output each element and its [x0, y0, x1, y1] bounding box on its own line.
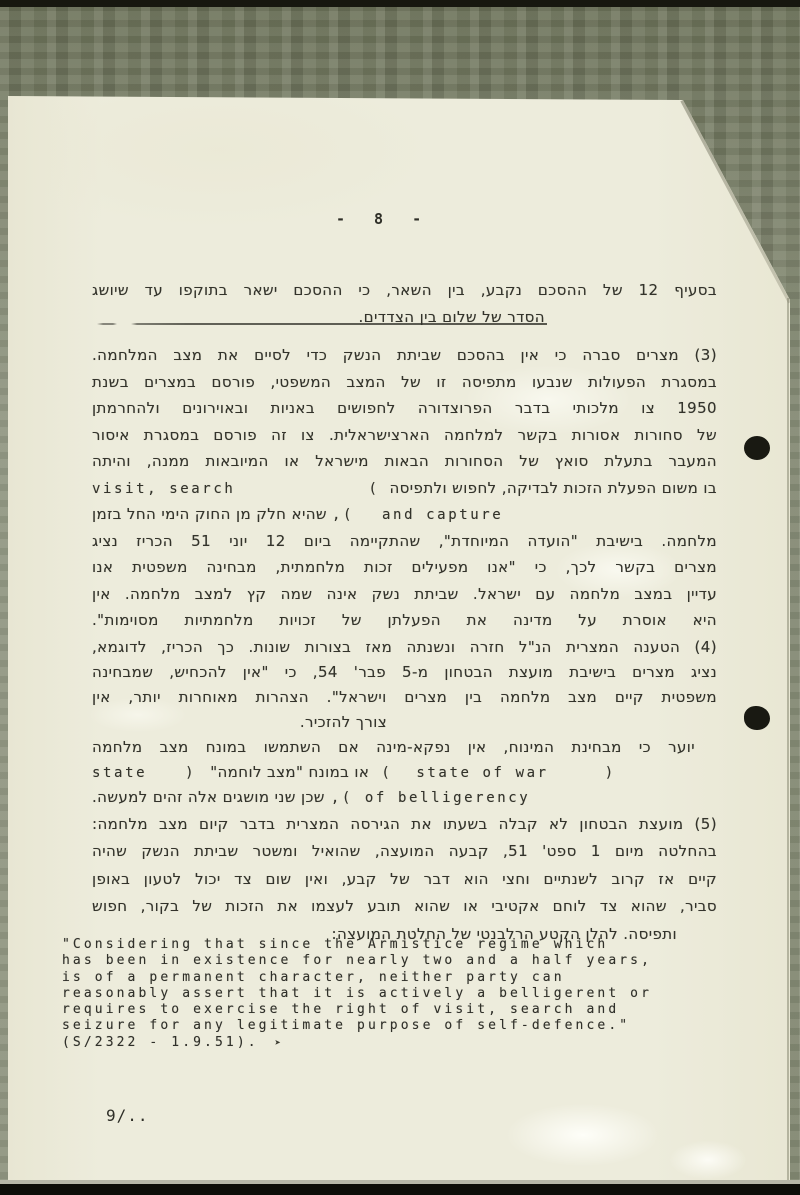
english-phrase-visit-search: visit, search [92, 476, 235, 503]
paren-mark: ) [605, 761, 616, 786]
quote-line: reasonably assert that it is actively a … [62, 986, 717, 1002]
page-continuation-mark: 9/.. [92, 1106, 717, 1125]
scan-bottom-strip [0, 1184, 800, 1195]
quote-line: has been in existence for nearly two and… [62, 953, 717, 969]
paren-comma-mark: ,( [332, 502, 354, 529]
hebrew-text-line: היא אוסרת על מדינה את הפעלתן של זכויות מ… [92, 607, 717, 634]
paragraph-5: (5) מועצת הבטחון לא קבלה בשעתו את הגירסה… [92, 811, 717, 949]
paper-right-edge [787, 298, 789, 1184]
hebrew-text-line: סביר, שהוא צד לוחם אקטיבי או שהוא תובע ל… [92, 893, 717, 921]
hebrew-text-line: 1950 צו מלכותי בדבר הפרוצדורה לחפושים בא… [92, 395, 717, 422]
hebrew-text-line: משפטית קיים מצב מלחמה בין מצרים וישראל".… [92, 685, 717, 710]
document-reference: (S/2322 - 1.9.51). [62, 1035, 259, 1050]
english-phrase-state-of-war: state of war [416, 761, 548, 786]
quote-line: seizure for any legitimate purpose of se… [62, 1018, 717, 1034]
scan-top-strip [0, 0, 800, 7]
paragraph-intro: בסעיף 12 של ההסכם נקבע, בין השאר, כי ההס… [92, 277, 717, 331]
hebrew-short-line: צורך להזכיר. [92, 710, 717, 735]
hebrew-text-line: (4) הטענה המצרית הנ"ל חזרה ונשנתה מאז בצ… [92, 635, 717, 660]
mixed-language-line: state ) או במונח "מצב לוחמה" ( state of … [92, 760, 717, 785]
hebrew-text-line: קיים אז קרוב לשנתיים וחצי הוא דבר של קבע… [92, 866, 717, 894]
hebrew-text-line: יוער כי מבחינת המינוח, אין נפקא-מינה אם … [92, 735, 717, 760]
hebrew-text-line: בסעיף 12 של ההסכם נקבע, בין השאר, כי ההס… [92, 277, 717, 304]
quote-line: requires to exercise the right of visit,… [62, 1002, 717, 1018]
paren-mark: ( [381, 761, 392, 786]
english-phrase-state: state [92, 761, 147, 786]
paren-mark: ) [185, 761, 196, 786]
mixed-language-line: שהיא חלק מן החוק הימי החל בזמן ,( and ca… [92, 501, 717, 528]
paragraph-4: (4) הטענה המצרית הנ"ל חזרה ונשנתה מאז בצ… [92, 635, 717, 810]
hebrew-text-line: המעבר בתעלת סואץ של הסחורות הבאות מישראל… [92, 448, 717, 475]
hole-punch-dot-top [744, 436, 770, 460]
mixed-language-line: שכן שני מושגים אלה זהים למעשה. ,( of bel… [92, 785, 717, 810]
hebrew-segment: בו משום הפעלת הזכות לבדיקה, לחפוש ולתפיס… [389, 475, 717, 502]
hebrew-segment: שהיא חלק מן החוק הימי החל בזמן [92, 501, 327, 528]
hebrew-text-line: מלחמה. בישיבת "הועדה המיוחדת", שהתקיימה … [92, 528, 717, 555]
hebrew-segment: שכן שני מושגים אלה זהים למעשה. [92, 785, 325, 810]
hole-punch-dot-bottom [744, 706, 770, 730]
hebrew-text-line: בהחלטה מיום 1 ספט' 51, קבעה המועצה, שהוא… [92, 838, 717, 866]
paren-mark: ( [368, 476, 379, 503]
english-quote-block: "Considering that since the Armistice re… [62, 937, 717, 1051]
quote-reference-line: (S/2322 - 1.9.51).➤ [62, 1035, 717, 1051]
hebrew-text-line: במסגרת הפעולות שנבעו מתפיסה זו של המצב ה… [92, 369, 717, 396]
hebrew-text-line: (3) מצרים סברה כי אין בהסכם שביתת הנשק כ… [92, 342, 717, 369]
scanned-document-page: - 8 - בסעיף 12 של ההסכם נקבע, בין השאר, … [8, 90, 790, 1185]
quote-line: is of a permanent character, neither par… [62, 970, 717, 986]
paragraph-3: (3) מצרים סברה כי אין בהסכם שביתת הנשק כ… [92, 342, 717, 634]
underline-rule [97, 323, 547, 325]
hebrew-segment: או במונח "מצב לוחמה" [210, 760, 369, 785]
hebrew-text-line: עדיין במצב מלחמה עם ישראל. שביתת נשק אינ… [92, 581, 717, 608]
pen-arrow-mark: ➤ [275, 1038, 281, 1049]
hebrew-text-line: מצרים בקשר לכך, כי "אנו מפעילים זכות מלח… [92, 554, 717, 581]
page-number: - 8 - [336, 210, 431, 228]
english-phrase-and-capture: and capture [382, 502, 503, 529]
mixed-language-line: visit, search ( בו משום הפעלת הזכות לבדי… [92, 475, 717, 502]
hebrew-text-line: נציג מצרים בישיבת מועצת הבטחון מ-5 פבר' … [92, 660, 717, 685]
underlined-phrase-line: הסדר של שלום בין הצדדים. [92, 304, 717, 331]
hebrew-text-line: (5) מועצת הבטחון לא קבלה בשעתו את הגירסה… [92, 811, 717, 839]
paren-comma-mark: ,( [331, 786, 353, 811]
english-phrase-of-belligerency: of belligerency [365, 786, 530, 811]
hebrew-text-line: של סחורות אסורות בקשר למלחמה הארצישראלית… [92, 422, 717, 449]
